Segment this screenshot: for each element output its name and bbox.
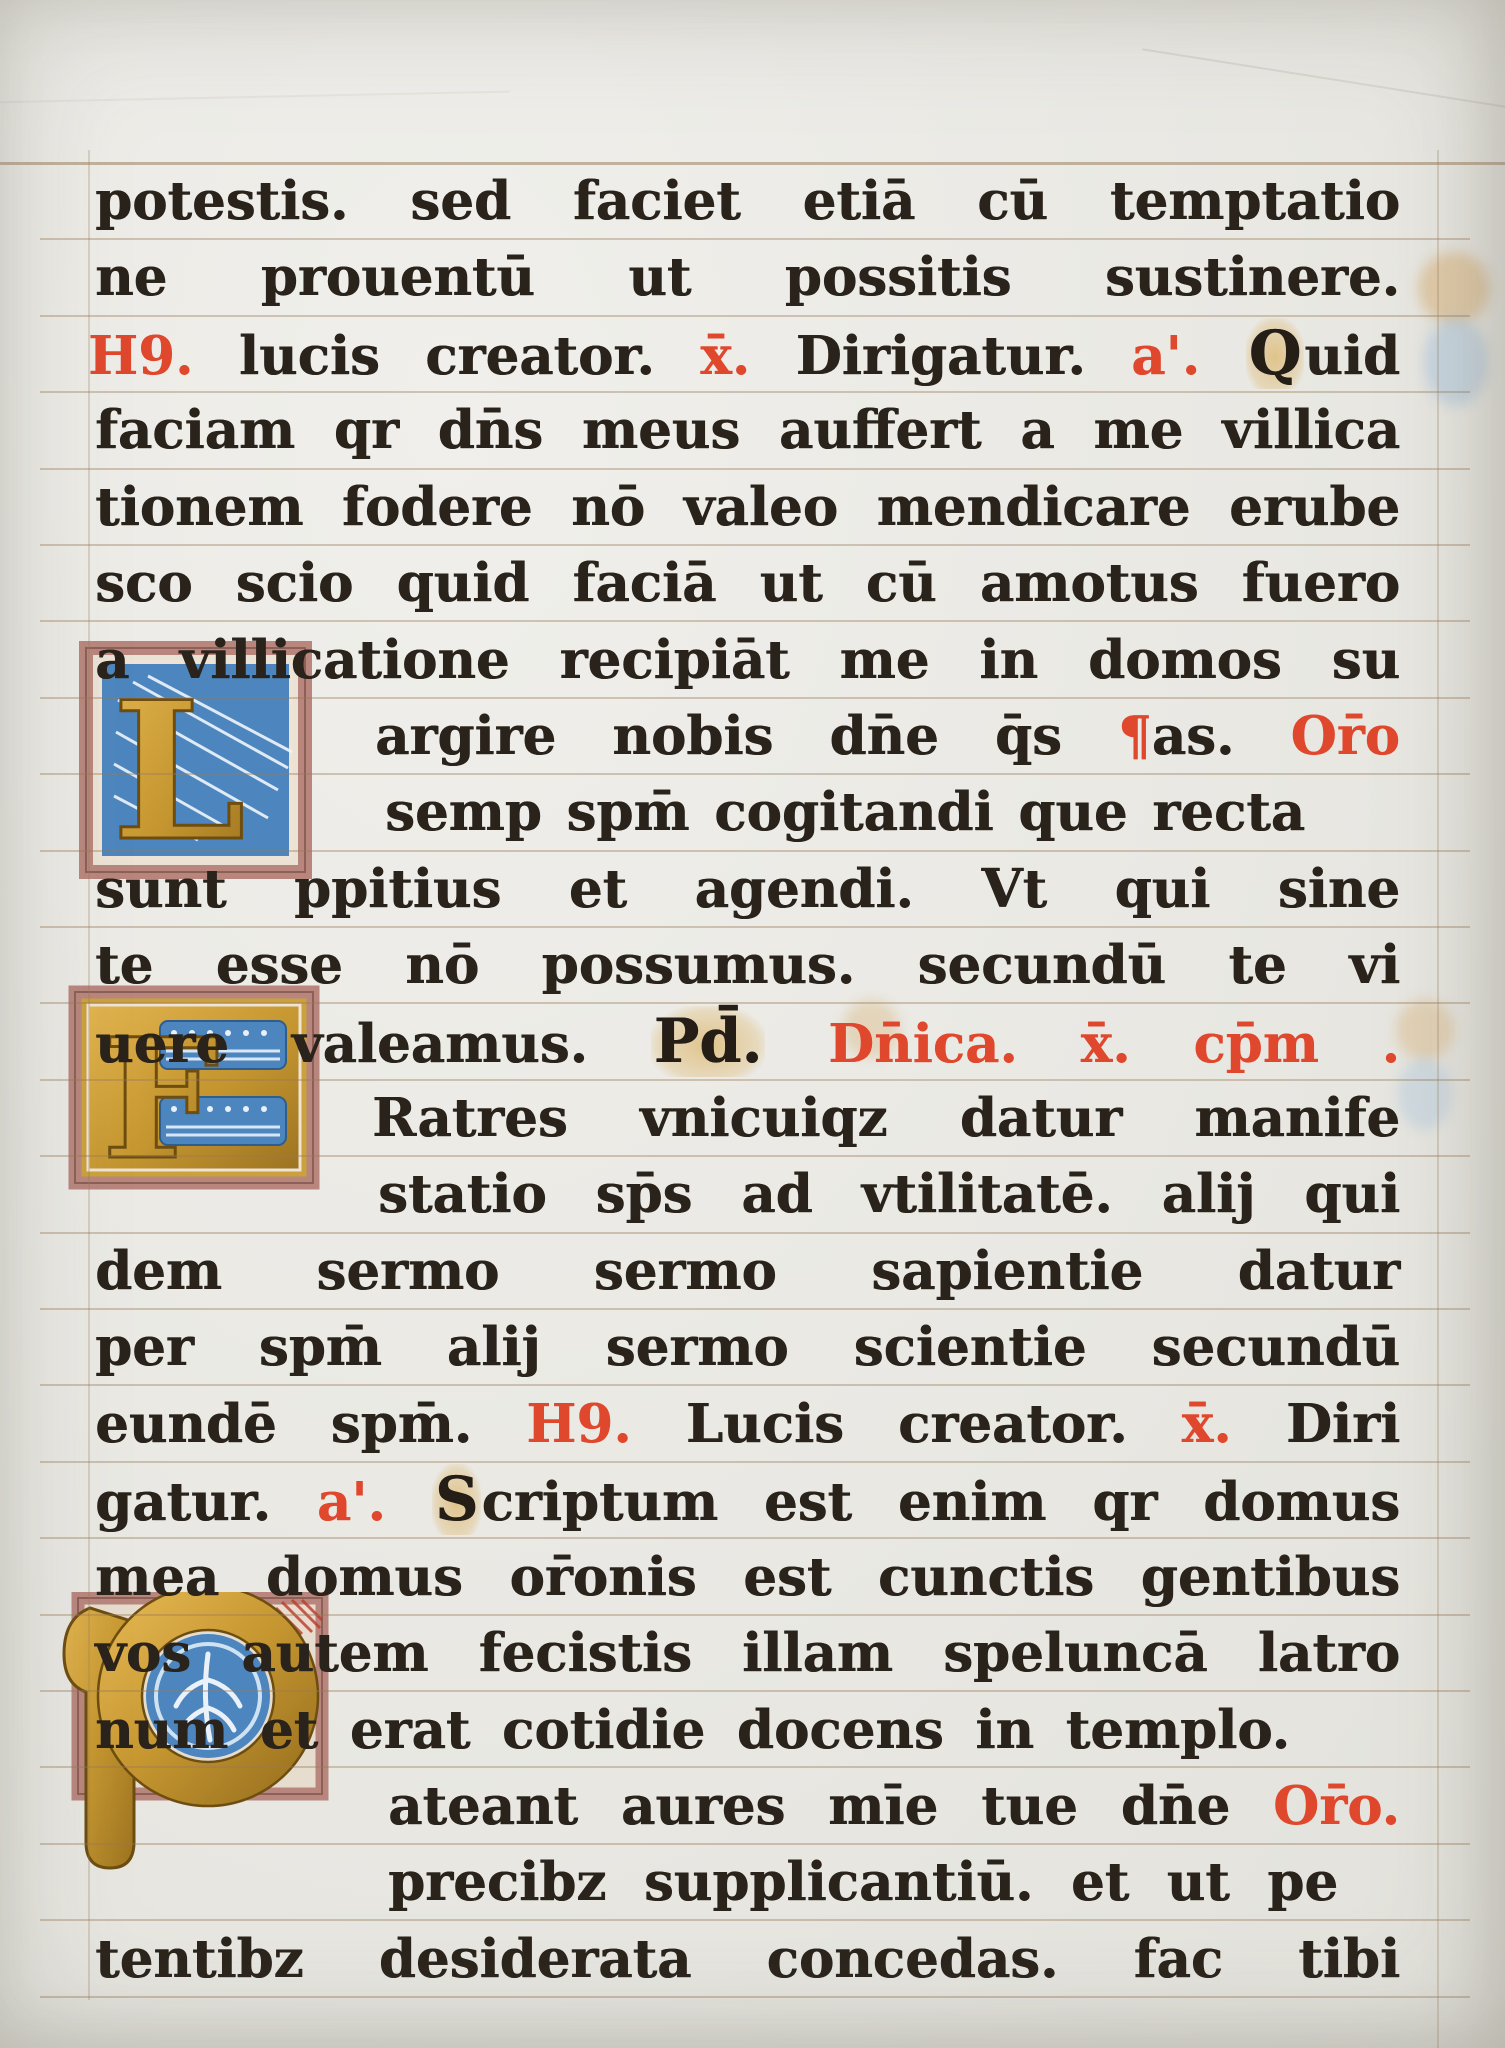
text-segment: argire nobis dn̄e q̄s [375, 705, 1118, 767]
text-segment: Lucis creator. [686, 1393, 1182, 1455]
text-segment: as. [1152, 705, 1291, 767]
text-segment: criptum est enim qr domus [481, 1471, 1400, 1533]
text-segment: vos autem fecistis illam speluncā latro [95, 1622, 1400, 1684]
text-line: uere valeamus. Pd̄. Dn̄ica. x̄. cp̄m . [95, 1009, 1400, 1081]
text-segment: eundē spm̄. [95, 1393, 526, 1455]
text-line: num et erat cotidie docens in templo. [95, 1697, 1290, 1769]
text-segment: tentibz desiderata concedas. fac tibi [95, 1928, 1400, 1990]
text-segment: num et erat cotidie docens in templo. [95, 1699, 1290, 1761]
text-line: ne prouentū ut possitis sustinere. [95, 244, 1400, 316]
margin-rule [1437, 150, 1439, 2048]
text-segment: H9. [526, 1393, 686, 1455]
text-line: potestis. sed faciet etiā cū temptatio [95, 168, 1400, 240]
text-segment: a'. [317, 1471, 432, 1533]
text-line: statio sp̄s ad vtilitatē. alij qui [378, 1161, 1400, 1233]
text-line: sunt ppitius et agendi. Vt qui sine [95, 856, 1400, 928]
show-through-spot [1396, 1000, 1454, 1060]
text-segment: sunt ppitius et agendi. Vt qui sine [95, 858, 1400, 920]
text-segment: potestis. sed faciet etiā cū temptatio [95, 170, 1400, 232]
text-line: gatur. a'. Scriptum est enim qr domus [95, 1467, 1400, 1539]
text-segment: statio sp̄s ad vtilitatē. alij qui [378, 1163, 1400, 1225]
text-line: ateant aures mīe tue dn̄e Or̄o. [388, 1773, 1400, 1845]
text-segment: lucis creator. [239, 325, 700, 387]
text-line: te esse nō possumus. secundū te vi [95, 932, 1400, 1004]
text-line: per spm̄ alij sermo scientie secundū [95, 1314, 1400, 1386]
text-line: eundē spm̄. H9. Lucis creator. x̄. Diri [95, 1391, 1400, 1463]
show-through-spot [1418, 252, 1490, 324]
text-segment: H9. [88, 325, 239, 387]
text-segment: Ratres vnicuiqz datur manife [372, 1087, 1400, 1149]
text-segment: Pd̄. [651, 1006, 766, 1077]
text-segment: tionem fodere nō valeo mendicare erube [95, 476, 1400, 538]
text-segment: Diri [1286, 1393, 1400, 1455]
text-segment: dem sermo sermo sapientie datur [95, 1240, 1400, 1302]
show-through-spot [1398, 1058, 1452, 1130]
text-segment: precibz supplicantiū. et ut pe [388, 1851, 1338, 1913]
text-segment: Dn̄ica. x̄. cp̄m . [828, 1013, 1400, 1075]
text-segment: gatur. [95, 1471, 317, 1533]
text-segment: te esse nō possumus. secundū te vi [95, 934, 1400, 996]
text-segment: uid [1304, 325, 1400, 387]
text-line: dem sermo sermo sapientie datur [95, 1238, 1400, 1310]
text-segment: sco scio quid faciā ut cū amotus fuero [95, 552, 1400, 614]
text-segment: uere valeamus. [95, 1013, 651, 1075]
crease-top-left [0, 91, 510, 104]
text-segment: a villicatione recipiāt me in domos su [95, 629, 1400, 691]
manuscript-photo: Photograph of a medieval illuminated man… [0, 0, 1505, 2048]
crease-top-right [1142, 48, 1505, 109]
text-line: faciam qr dn̄s meus auffert a me villica [95, 397, 1400, 469]
text-segment: Q [1246, 318, 1305, 389]
text-line: a villicatione recipiāt me in domos su [95, 627, 1400, 699]
text-line: precibz supplicantiū. et ut pe [388, 1849, 1338, 1921]
text-line: Ratres vnicuiqz datur manife [372, 1085, 1400, 1157]
text-line: vos autem fecistis illam speluncā latro [95, 1620, 1400, 1692]
text-line: mea domus or̄onis est cunctis gentibus [95, 1544, 1400, 1616]
text-line: semp spm̄ cogitandi que recta [385, 779, 1305, 851]
text-segment: semp spm̄ cogitandi que recta [385, 781, 1305, 843]
text-segment: x̄. [700, 325, 795, 387]
text-segment: per spm̄ alij sermo scientie secundū [95, 1316, 1400, 1378]
text-segment: faciam qr dn̄s meus auffert a me villica [95, 399, 1400, 461]
text-segment: ¶ [1118, 705, 1152, 767]
text-segment: ne prouentū ut possitis sustinere. [95, 246, 1400, 308]
text-line: H9. lucis creator. x̄. Dirigatur. a'. Qu… [88, 321, 1400, 393]
text-segment: ateant aures mīe tue dn̄e [388, 1775, 1273, 1837]
text-line: tentibz desiderata concedas. fac tibi [95, 1926, 1400, 1998]
text-segment: a'. [1131, 325, 1245, 387]
text-segment: mea domus or̄onis est cunctis gentibus [95, 1546, 1400, 1608]
text-segment [765, 1013, 828, 1075]
text-segment: x̄. [1182, 1393, 1286, 1455]
margin-rule [88, 150, 90, 2000]
ruled-line [0, 162, 1505, 165]
text-segment: Dirigatur. [796, 325, 1132, 387]
text-line: tionem fodere nō valeo mendicare erube [95, 474, 1400, 546]
text-segment: Or̄o. [1273, 1775, 1400, 1837]
text-segment: S [432, 1464, 482, 1535]
text-line: sco scio quid faciā ut cū amotus fuero [95, 550, 1400, 622]
text-segment: Or̄o [1291, 705, 1400, 767]
text-line: argire nobis dn̄e q̄s ¶as. Or̄o [375, 703, 1400, 775]
show-through-spot [1424, 318, 1488, 406]
